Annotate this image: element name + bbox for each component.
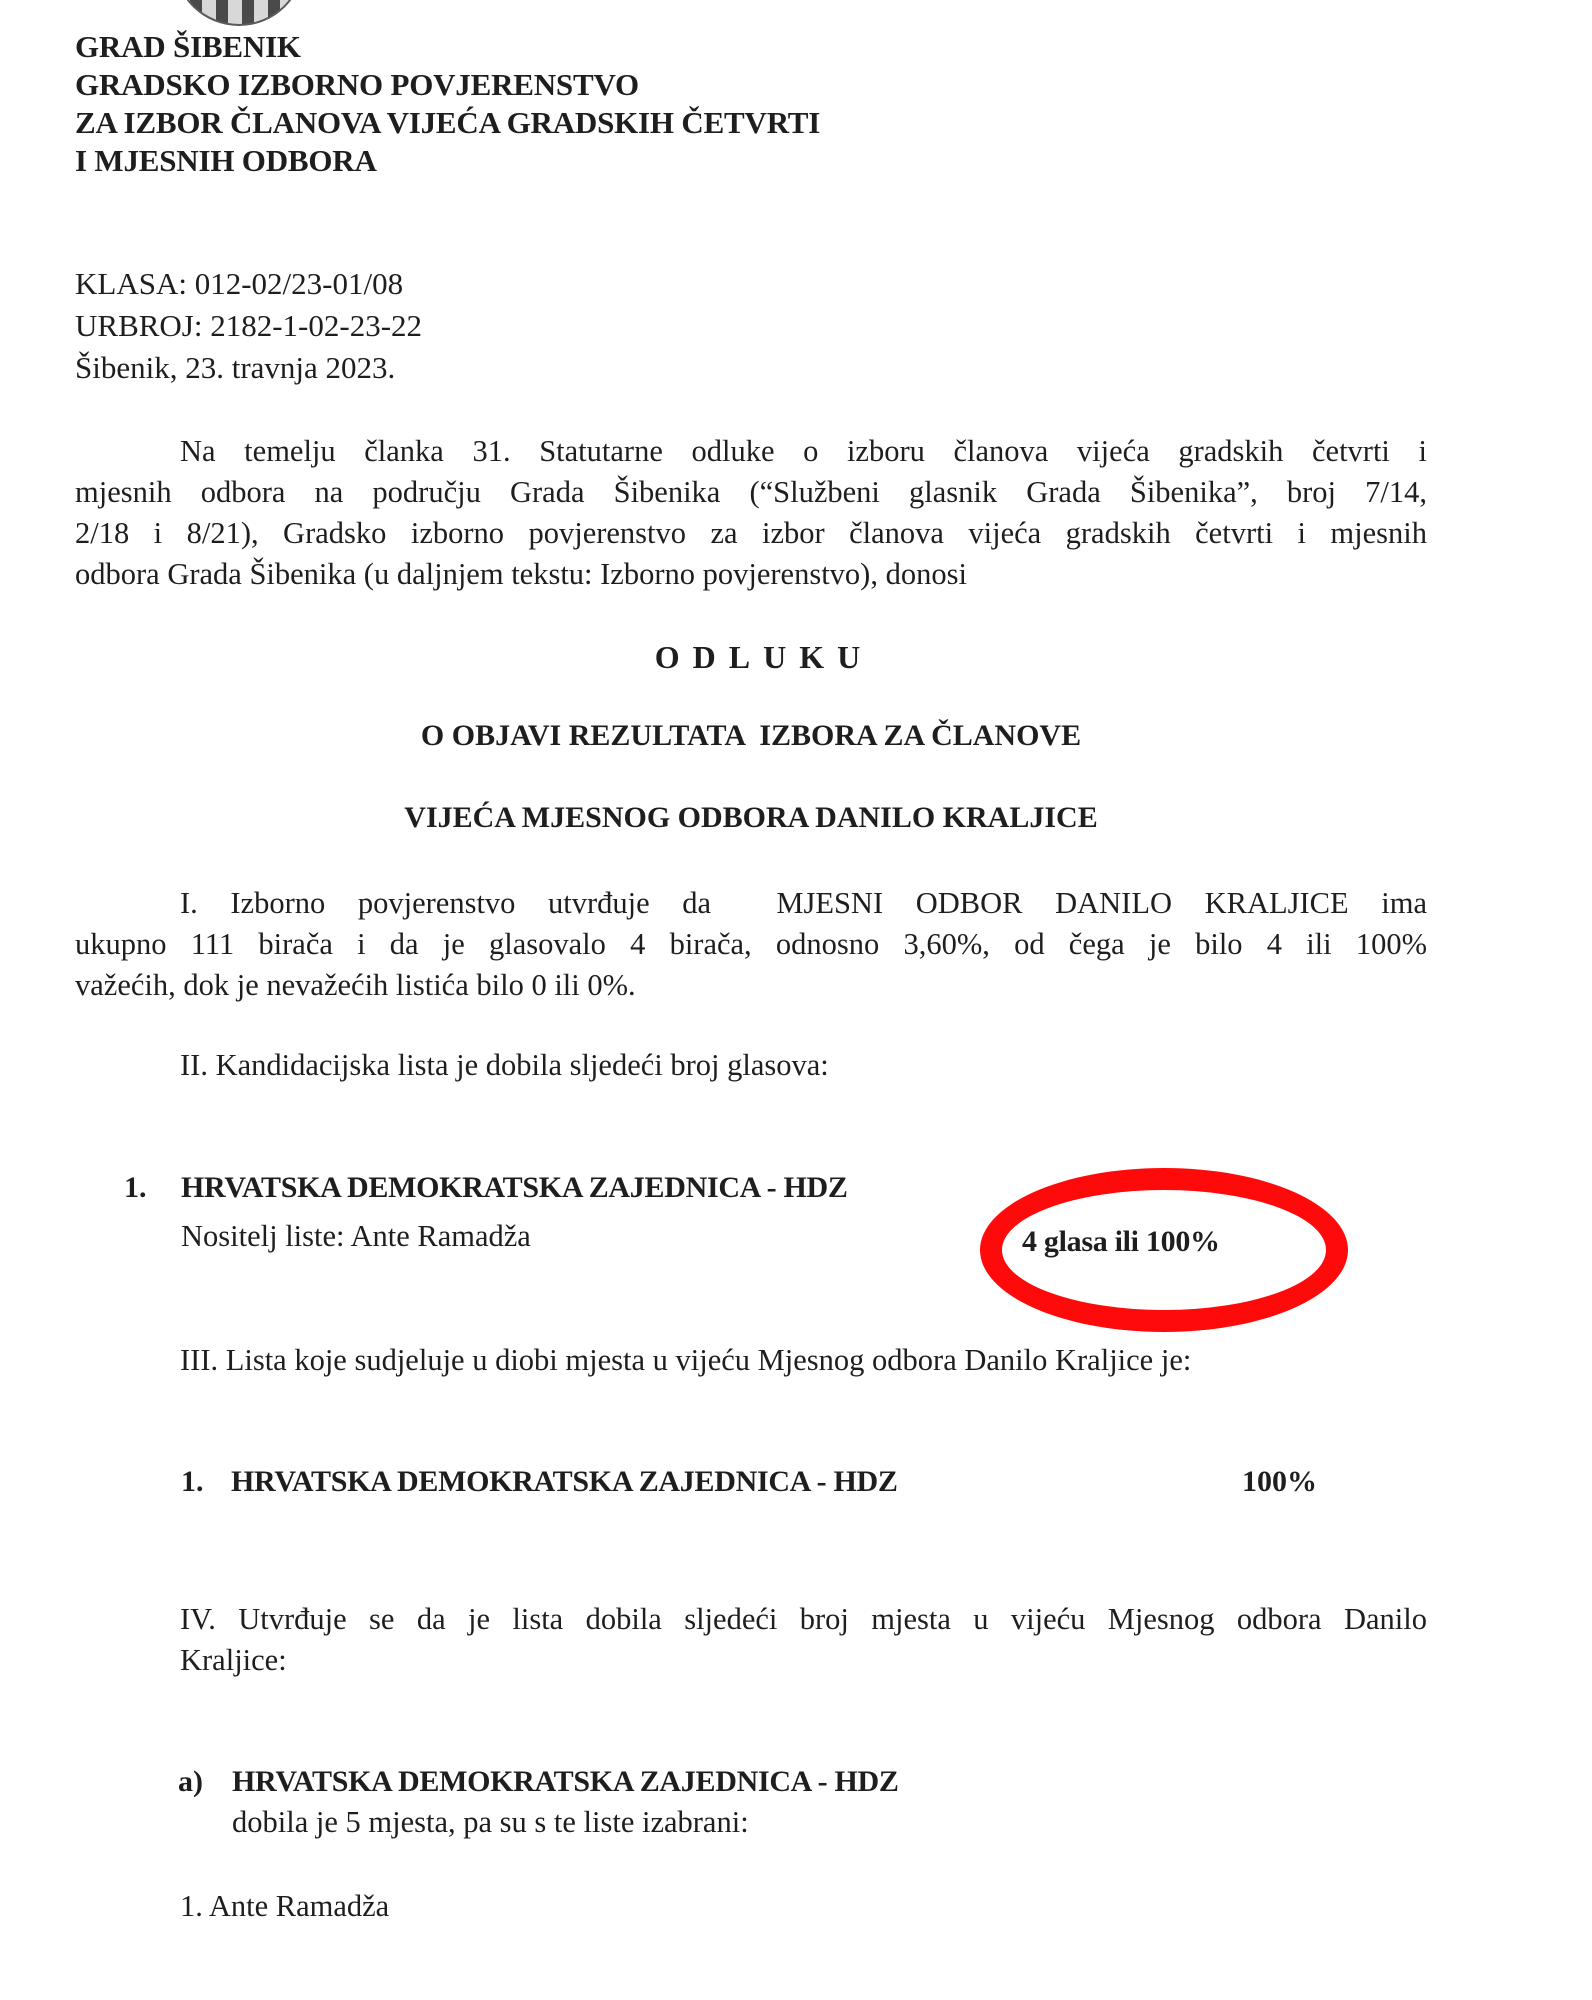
section-4: IV. Utvrđuje se da je lista dobila sljed… xyxy=(180,1599,1427,1681)
list-name: HRVATSKA DEMOKRATSKA ZAJEDNICA - HDZ xyxy=(181,1168,848,1208)
section-4-line: Kraljice: xyxy=(180,1640,1427,1681)
section-4-line: IV. Utvrđuje se da je lista dobila sljed… xyxy=(180,1599,1427,1640)
section-1-line: I. Izborno povjerenstvo utvrđuje da MJES… xyxy=(75,883,1427,924)
header-commission-scope-2: I MJESNIH ODBORA xyxy=(75,142,377,180)
city-emblem-icon xyxy=(174,0,304,26)
urbroj: URBROJ: 2182-1-02-23-22 xyxy=(75,305,422,347)
decision-subtitle-1: O OBJAVI REZULTATA IZBORA ZA ČLANOVE xyxy=(351,717,1151,755)
section-3-list-name: HRVATSKA DEMOKRATSKA ZAJEDNICA - HDZ xyxy=(231,1462,898,1502)
decision-title: ODLUKU xyxy=(351,638,1164,676)
preamble-line: 2/18 i 8/21), Gradsko izborno povjerenst… xyxy=(75,513,1427,554)
section-3-list-percent: 100% xyxy=(1242,1462,1317,1502)
allocation-letter: a) xyxy=(178,1762,203,1802)
red-highlight-circle xyxy=(980,1168,1348,1332)
place-date: Šibenik, 23. travnja 2023. xyxy=(75,347,395,389)
header-commission: GRADSKO IZBORNO POVJERENSTVO xyxy=(75,66,639,104)
header-commission-scope: ZA IZBOR ČLANOVA VIJEĆA GRADSKIH ČETVRTI xyxy=(75,104,820,142)
list-holder: Nositelj liste: Ante Ramadža xyxy=(181,1216,531,1256)
preamble-line: mjesnih odbora na području Grada Šibenik… xyxy=(75,472,1427,513)
section-1: I. Izborno povjerenstvo utvrđuje da MJES… xyxy=(75,883,1427,1006)
preamble: Na temelju članka 31. Statutarne odluke … xyxy=(75,431,1427,595)
section-1-line: važećih, dok je nevažećih listića bilo 0… xyxy=(75,965,1427,1006)
preamble-line: odbora Grada Šibenika (u daljnjem tekstu… xyxy=(75,554,1427,595)
allocation-seats: dobila je 5 mjesta, pa su s te liste iza… xyxy=(232,1802,749,1842)
header-city: GRAD ŠIBENIK xyxy=(75,28,301,66)
klasa: KLASA: 012-02/23-01/08 xyxy=(75,263,403,305)
preamble-line: Na temelju članka 31. Statutarne odluke … xyxy=(75,431,1427,472)
list-number: 1. xyxy=(124,1168,147,1208)
decision-subtitle-2: VIJEĆA MJESNOG ODBORA DANILO KRALJICE xyxy=(351,799,1151,837)
section-3-list-number: 1. xyxy=(181,1462,204,1502)
allocation-list-name: HRVATSKA DEMOKRATSKA ZAJEDNICA - HDZ xyxy=(232,1762,899,1802)
section-1-line: ukupno 111 birača i da je glasovalo 4 bi… xyxy=(75,924,1427,965)
elected-member: 1. Ante Ramadža xyxy=(180,1886,389,1926)
section-2-intro: II. Kandidacijska lista je dobila sljede… xyxy=(180,1045,829,1085)
section-3-intro: III. Lista koje sudjeluje u diobi mjesta… xyxy=(180,1340,1191,1380)
